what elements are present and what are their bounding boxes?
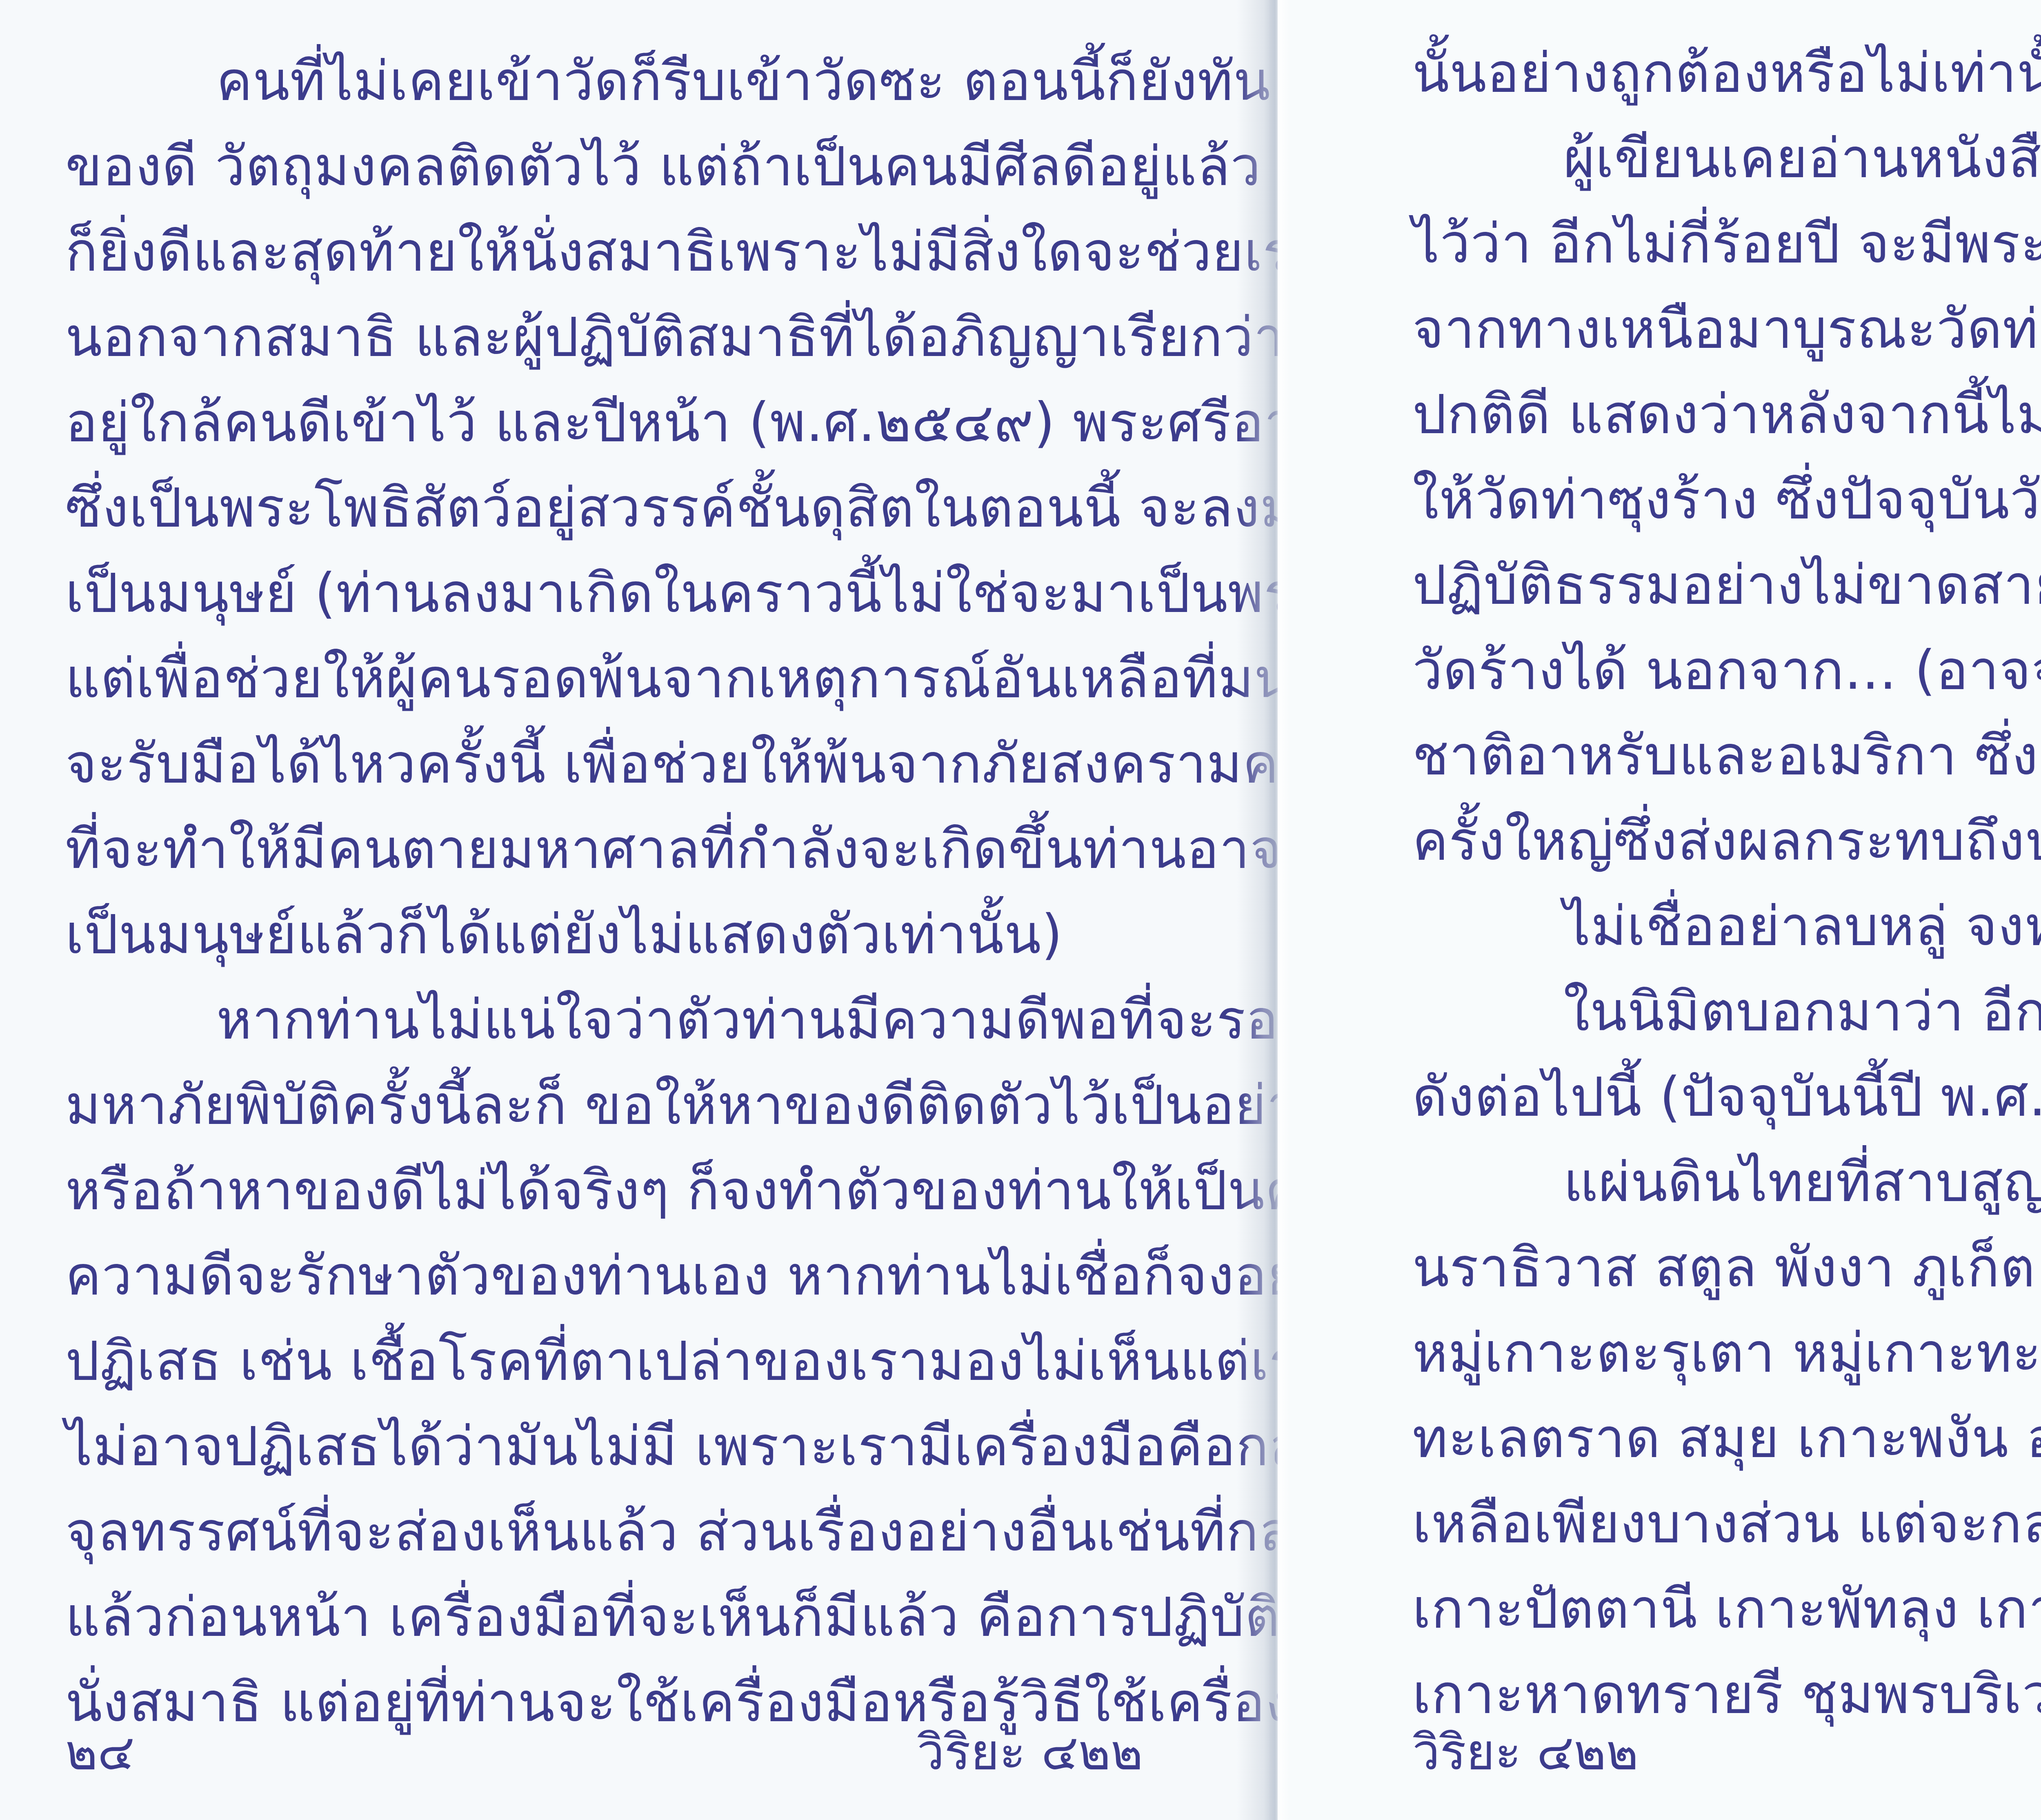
page-edge-highlight (1278, 0, 1290, 1820)
right-page-footer: วิริยะ ๔๒๒ ๒๕ (1412, 1713, 2041, 1791)
text-line: แล้วก่อนหน้า เครื่องมือที่จะเห็นก็มีแล้ว… (65, 1575, 1143, 1660)
text-line: ทะเลตราด สมุย เกาะพงัน อ่างทอง ชะอำบริเว… (1412, 1396, 2041, 1481)
book-gutter (1237, 0, 1282, 1820)
left-page-footer: ๒๔ วิริยะ ๔๒๒ (65, 1713, 1143, 1791)
text-line: ในนิมิตบอกมาว่า อีกประมาณ ๕ ปีจะเกิดเหตุ… (1412, 969, 2041, 1055)
text-line: วัดร้างได้ นอกจาก... (อาจจะเกิดสงครามนิว… (1412, 628, 2041, 713)
text-line: นั้นอย่างถูกต้องหรือไม่เท่านั้นเอง (1412, 31, 2041, 116)
text-line: ซึ่งเป็นพระโพธิสัตว์อยู่สวรรค์ชั้นดุสิตใ… (65, 465, 1143, 551)
text-line: ครั้งใหญ่ซึ่งส่งผลกระทบถึงประเทศไทยก็เป็… (1412, 799, 2041, 884)
text-line: นอกจากสมาธิ และผู้ปฏิบัติสมาธิที่ได้อภิญ… (65, 295, 1143, 380)
text-line: แผ่นดินไทยที่สาบสูญบริเวณที่หายถาวรทั้งแ… (1412, 1140, 2041, 1225)
text-line: ของดี วัตถุมงคลติดตัวไว้ แต่ถ้าเป็นคนมีศ… (65, 124, 1143, 209)
text-line: นราธิวาส สตูล พังงา ภูเก็ต หมู่เกาะสิมิล… (1412, 1225, 2041, 1310)
text-line: ปฏิเสธ เช่น เชื้อโรคที่ตาเปล่าของเรามองไ… (65, 1319, 1143, 1404)
text-line: ไม่เชื่ออย่าลบหลู่ จงหมั่นทำดีเพื่อรักษา… (1412, 884, 2041, 969)
text-line: ความดีจะรักษาตัวของท่านเอง หากท่านไม่เชื… (65, 1233, 1143, 1319)
text-line: ดังต่อไปนี้ (ปัจจุบันนี้ปี พ.ศ.๒๕๔๘) (1412, 1055, 2041, 1140)
text-line: เกาะปัตตานี เกาะพัทลุง เกาะสิชล-ขนอม เกา… (1412, 1566, 2041, 1652)
text-line: เหลือเพียงบางส่วน แต่จะกลายเป็นเกาะเล็กๆ… (1412, 1481, 2041, 1566)
text-line: ไว้ว่า อีกไม่กี่ร้อยปี จะมีพระมหากษัตริย… (1412, 201, 2041, 287)
text-line: เป็นมนุษย์แล้วก็ได้แต่ยังไม่แสดงตัวเท่าน… (65, 892, 1143, 977)
left-page: คนที่ไม่เคยเข้าวัดก็รีบเข้าวัดซะ ตอนนี้ก… (0, 0, 1270, 1820)
text-line: ก็ยิ่งดีและสุดท้ายให้นั่งสมาธิเพราะไม่มี… (65, 209, 1143, 295)
text-line: ชาติอาหรับและอเมริกา ซึ่งเป็นชนวนให้เกิด… (1412, 713, 2041, 799)
text-line: จะรับมือได้ไหวครั้งนี้ เพื่อช่วยให้พ้นจา… (65, 721, 1143, 807)
text-line: ไม่อาจปฏิเสธได้ว่ามันไม่มี เพราะเรามีเคร… (65, 1404, 1143, 1489)
text-line: ปฏิบัติธรรมอย่างไม่ขาดสาย แต่จะมีเหตุใดเ… (1412, 543, 2041, 628)
running-footer: วิริยะ ๔๒๒ (1412, 1713, 1639, 1791)
text-line: หมู่เกาะตะรุเตา หมู่เกาะทะเลตรัง ตราด เก… (1412, 1310, 2041, 1396)
text-line: จากทางเหนือมาบูรณะวัดท่าซุง ขณะนี้ วัดท่… (1412, 287, 2041, 372)
text-line: หรือถ้าหาของดีไม่ได้จริงๆ ก็จงทำตัวของท่… (65, 1148, 1143, 1233)
running-footer: วิริยะ ๔๒๒ (917, 1713, 1143, 1791)
text-line: ที่จะทำให้มีคนตายมหาศาลที่กำลังจะเกิดขึ้… (65, 807, 1143, 892)
right-page: นั้นอย่างถูกต้องหรือไม่เท่านั้นเอง ผู้เข… (1278, 0, 2041, 1820)
text-line: จุลทรรศน์ที่จะส่องเห็นแล้ว ส่วนเรื่องอย่… (65, 1489, 1143, 1575)
text-line: มหาภัยพิบัติครั้งนี้ละก็ ขอให้หาของดีติด… (65, 1063, 1143, 1148)
text-line: ปกติดี แสดงว่าหลังจากนี้ไม่นานนักคงต้องม… (1412, 372, 2041, 457)
text-line: ผู้เขียนเคยอ่านหนังสือที่หลวงพ่อฤาษีลิงด… (1412, 116, 2041, 201)
text-line: ให้วัดท่าซุงร้าง ซึ่งปัจจุบันวัดท่าซุงยั… (1412, 457, 2041, 543)
text-line: คนที่ไม่เคยเข้าวัดก็รีบเข้าวัดซะ ตอนนี้ก… (65, 39, 1143, 124)
text-line: หากท่านไม่แน่ใจว่าตัวท่านมีความดีพอที่จะ… (65, 977, 1143, 1063)
text-line: เป็นมนุษย์ (ท่านลงมาเกิดในคราวนี้ไม่ใช่จ… (65, 551, 1143, 636)
book-spread: คนที่ไม่เคยเข้าวัดก็รีบเข้าวัดซะ ตอนนี้ก… (0, 0, 2041, 1820)
left-page-body: คนที่ไม่เคยเข้าวัดก็รีบเข้าวัดซะ ตอนนี้ก… (65, 39, 1143, 1745)
text-line: อยู่ใกล้คนดีเข้าไว้ และปีหน้า (พ.ศ.๒๕๔๙)… (65, 380, 1143, 465)
page-number: ๒๔ (65, 1713, 135, 1791)
right-page-body: นั้นอย่างถูกต้องหรือไม่เท่านั้นเอง ผู้เข… (1412, 31, 2041, 1737)
text-line: แต่เพื่อช่วยให้ผู้คนรอดพ้นจากเหตุการณ์อั… (65, 636, 1143, 721)
